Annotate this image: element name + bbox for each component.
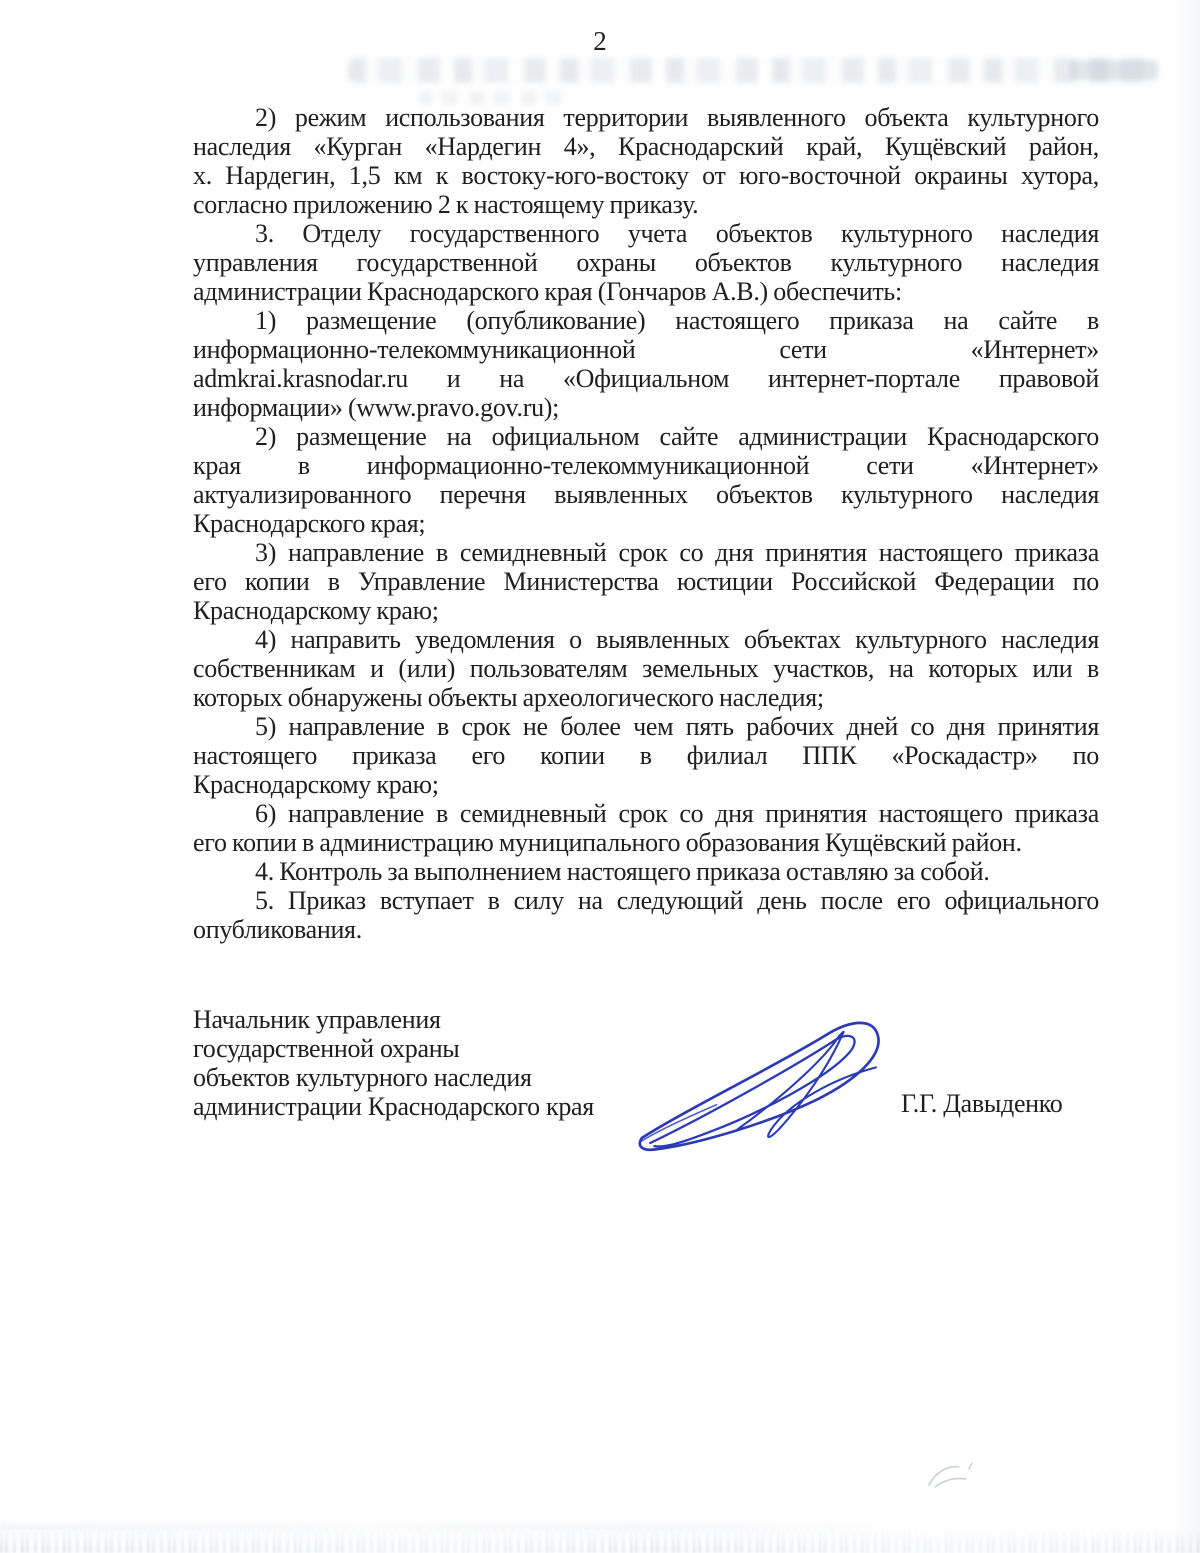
text-line: его копии в администрацию муниципального…	[193, 828, 1099, 857]
text-line: настоящего приказа его копии в филиал ПП…	[193, 741, 1099, 770]
text-line: Краснодарскому краю;	[193, 596, 1099, 625]
text-line: admkrai.krasnodar.ru и на «Официальном и…	[193, 364, 1099, 393]
paragraph: 2) размещение на официальном сайте админ…	[193, 422, 1099, 538]
text-line: 2) режим использования территории выявле…	[193, 103, 1099, 132]
text-line: 2) размещение на официальном сайте админ…	[193, 422, 1099, 451]
text-line: которых обнаружены объекты археологическ…	[193, 683, 1099, 712]
paragraph: 2) режим использования территории выявле…	[193, 103, 1099, 219]
document-page: 2 2) режим использования территории выяв…	[0, 0, 1200, 1553]
text-line: х. Нардегин, 1,5 км к востоку-юго-восток…	[193, 161, 1099, 190]
text-line: 5. Приказ вступает в силу на следующий д…	[193, 886, 1099, 915]
text-line: актуализированного перечня выявленных об…	[193, 480, 1099, 509]
pencil-mark-artifact	[925, 1458, 977, 1494]
paragraph: 4. Контроль за выполнением настоящего пр…	[193, 857, 1099, 886]
page-number: 2	[0, 26, 1200, 56]
text-line: его копии в Управление Министерства юсти…	[193, 567, 1099, 596]
signatory-name: Г.Г. Давыденко	[901, 1089, 1063, 1118]
text-line: опубликования.	[193, 915, 1099, 944]
document-body: 2) режим использования территории выявле…	[193, 103, 1099, 944]
text-line: 1) размещение (опубликование) настоящего…	[193, 306, 1099, 335]
text-line: 4. Контроль за выполнением настоящего пр…	[193, 857, 1099, 886]
scan-bleed-artifact	[348, 58, 1160, 83]
paragraph: 5. Приказ вступает в силу на следующий д…	[193, 886, 1099, 944]
signature-stroke	[640, 1105, 717, 1142]
text-line: информации» (www.pravo.gov.ru);	[193, 393, 1099, 422]
text-line: информационно-телекоммуникационной сети …	[193, 335, 1099, 364]
text-line: 3) направление в семидневный срок со дня…	[193, 538, 1099, 567]
text-line: управления государственной охраны объект…	[193, 248, 1099, 277]
text-line: края в информационно-телекоммуникационно…	[193, 451, 1099, 480]
paragraph: 1) размещение (опубликование) настоящего…	[193, 306, 1099, 422]
text-line: администрации Краснодарского края (Гонча…	[193, 277, 1099, 306]
paragraph: 5) направление в срок не более чем пять …	[193, 712, 1099, 799]
text-line: 4) направить уведомления о выявленных об…	[193, 625, 1099, 654]
text-line: 6) направление в семидневный срок со дня…	[193, 799, 1099, 828]
text-line: 5) направление в срок не более чем пять …	[193, 712, 1099, 741]
text-line: согласно приложению 2 к настоящему прика…	[193, 190, 1099, 219]
paragraph: 3) направление в семидневный срок со дня…	[193, 538, 1099, 625]
paragraph: 6) направление в семидневный срок со дня…	[193, 799, 1099, 857]
signature-ink	[615, 1000, 905, 1168]
text-line: 3. Отделу государственного учета объекто…	[193, 219, 1099, 248]
scanner-edge-artifact	[0, 1529, 1200, 1553]
paragraph: 3. Отделу государственного учета объекто…	[193, 219, 1099, 306]
signature-stroke	[650, 1036, 854, 1147]
text-line: Краснодарскому краю;	[193, 770, 1099, 799]
paragraph: 4) направить уведомления о выявленных об…	[193, 625, 1099, 712]
text-line: собственникам и (или) пользователям земе…	[193, 654, 1099, 683]
text-line: наследия «Курган «Нардегин 4», Краснодар…	[193, 132, 1099, 161]
text-line: Краснодарского края;	[193, 509, 1099, 538]
